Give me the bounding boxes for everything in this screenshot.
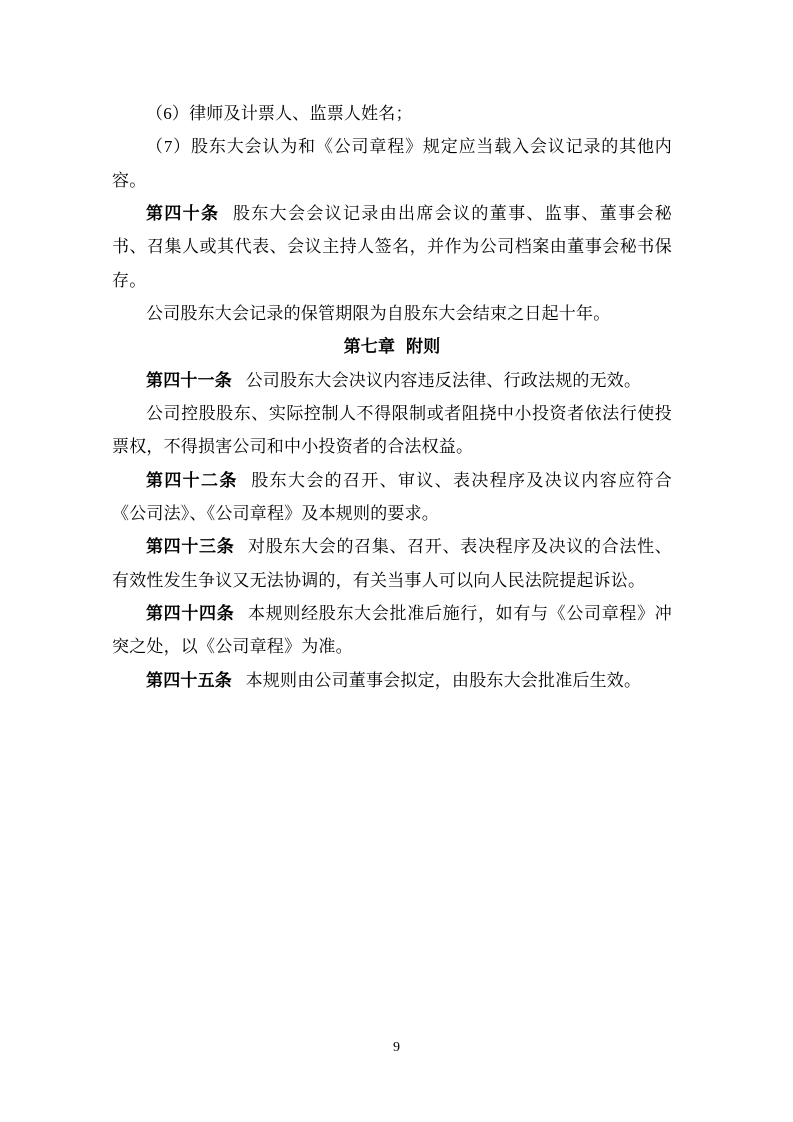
retention-period-text: 公司股东大会记录的保管期限为自股东大会结束之日起十年。: [146, 304, 610, 323]
article-45-paragraph: 第四十五条本规则由公司董事会拟定，由股东大会批准后生效。: [112, 664, 672, 697]
retention-period-paragraph: 公司股东大会记录的保管期限为自股东大会结束之日起十年。: [112, 297, 672, 330]
article-41-text: 公司股东大会决议内容违反法律、行政法规的无效。: [246, 371, 642, 390]
article-40-number: 第四十条: [146, 204, 219, 223]
page-number: 9: [393, 1040, 400, 1055]
chapter-7-heading: 第七章 附则: [112, 330, 672, 363]
article-44-number: 第四十四条: [146, 604, 234, 623]
article-41-number: 第四十一条: [146, 371, 232, 390]
list-item-6: （6）律师及计票人、监票人姓名；: [112, 97, 672, 130]
article-40-paragraph: 第四十条股东大会会议记录由出席会议的董事、监事、董事会秘书、召集人或其代表、会议…: [112, 197, 672, 297]
document-page: （6）律师及计票人、监票人姓名； （7）股东大会认为和《公司章程》规定应当载入会…: [0, 0, 793, 1122]
document-body: （6）律师及计票人、监票人姓名； （7）股东大会认为和《公司章程》规定应当载入会…: [112, 97, 672, 697]
list-item-6-text: （6）律师及计票人、监票人姓名；: [146, 104, 413, 123]
list-item-7: （7）股东大会认为和《公司章程》规定应当载入会议记录的其他内容。: [112, 130, 672, 197]
article-42-number: 第四十二条: [146, 471, 238, 490]
article-42-paragraph: 第四十二条股东大会的召开、审议、表决程序及决议内容应符合《公司法》、《公司章程》…: [112, 464, 672, 531]
list-item-7-text: （7）股东大会认为和《公司章程》规定应当载入会议记录的其他内容。: [112, 137, 672, 189]
article-45-text: 本规则由公司董事会拟定，由股东大会批准后生效。: [246, 671, 642, 690]
article-43-number: 第四十三条: [146, 537, 234, 556]
article-41-paragraph: 第四十一条公司股东大会决议内容违反法律、行政法规的无效。: [112, 364, 672, 397]
article-43-paragraph: 第四十三条对股东大会的召集、召开、表决程序及决议的合法性、有效性发生争议又无法协…: [112, 530, 672, 597]
controlling-shareholder-paragraph: 公司控股股东、实际控制人不得限制或者阻挠中小投资者依法行使投票权，不得损害公司和…: [112, 397, 672, 464]
article-45-number: 第四十五条: [146, 671, 232, 690]
controlling-shareholder-text: 公司控股股东、实际控制人不得限制或者阻挠中小投资者依法行使投票权，不得损害公司和…: [112, 404, 672, 456]
article-44-paragraph: 第四十四条本规则经股东大会批准后施行，如有与《公司章程》冲突之处，以《公司章程》…: [112, 597, 672, 664]
page-footer: 9: [0, 1038, 793, 1058]
